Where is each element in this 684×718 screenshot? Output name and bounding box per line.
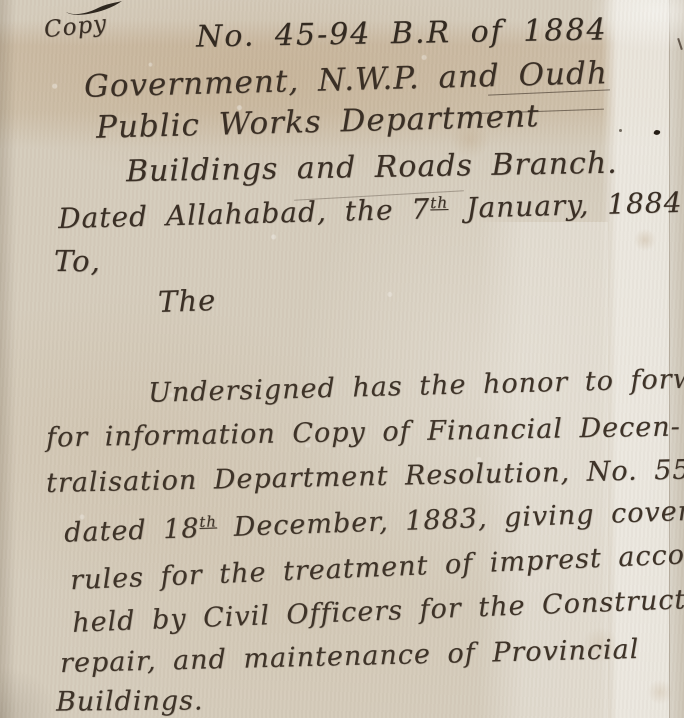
body-line: tralisation Department Resolution, No. 5… [46, 454, 684, 499]
scanned-letter-page: Copy No. 45-94 B.R of 1884 Government, N… [0, 0, 684, 718]
branch-line: Buildings and Roads Branch. [126, 146, 618, 190]
dateline-superscript: th [430, 194, 449, 212]
body-line-text: repair, and maintenance of Provincial [60, 634, 640, 679]
salutation-to: To, [54, 244, 101, 278]
body-line-text: dated 18 [64, 513, 200, 549]
body-line: for information Copy of Financial Decen- [46, 411, 681, 453]
government-line: Government, N.W.P. and Oudh [84, 55, 609, 105]
department-line: Public Works Department [96, 98, 540, 146]
ink-speck [619, 129, 622, 132]
body-line-text: for information Copy of Financial Decen- [46, 411, 681, 453]
dateline: Dated Allahabad, the 7th January, 1884 [58, 186, 683, 235]
body-line-text: Buildings. [56, 685, 204, 717]
dateline-text: Dated Allahabad, the 7 [58, 192, 431, 235]
copy-annotation: Copy [43, 11, 109, 43]
body-line-text-cont: December, 1883, giving cover to [217, 494, 684, 543]
body-line-text: tralisation Department Resolution, No. 5… [46, 454, 684, 499]
body-line-text: Undersigned has the honor to forward [148, 362, 684, 409]
body-line-superscript: th [199, 512, 217, 531]
dateline-text-cont: January, 1884 [448, 186, 683, 225]
salutation-addressee: The [157, 283, 216, 319]
body-line: dated 18th December, 1883, giving cover … [64, 494, 684, 548]
body-line: Undersigned has the honor to forward [148, 362, 684, 409]
ink-speck [677, 38, 683, 50]
paper-left-shadow [0, 0, 16, 718]
reference-number: No. 45-94 B.R of 1884 [196, 12, 608, 54]
body-line: repair, and maintenance of Provincial [60, 634, 640, 679]
body-line: Buildings. [56, 685, 204, 717]
ink-speck [653, 129, 660, 136]
